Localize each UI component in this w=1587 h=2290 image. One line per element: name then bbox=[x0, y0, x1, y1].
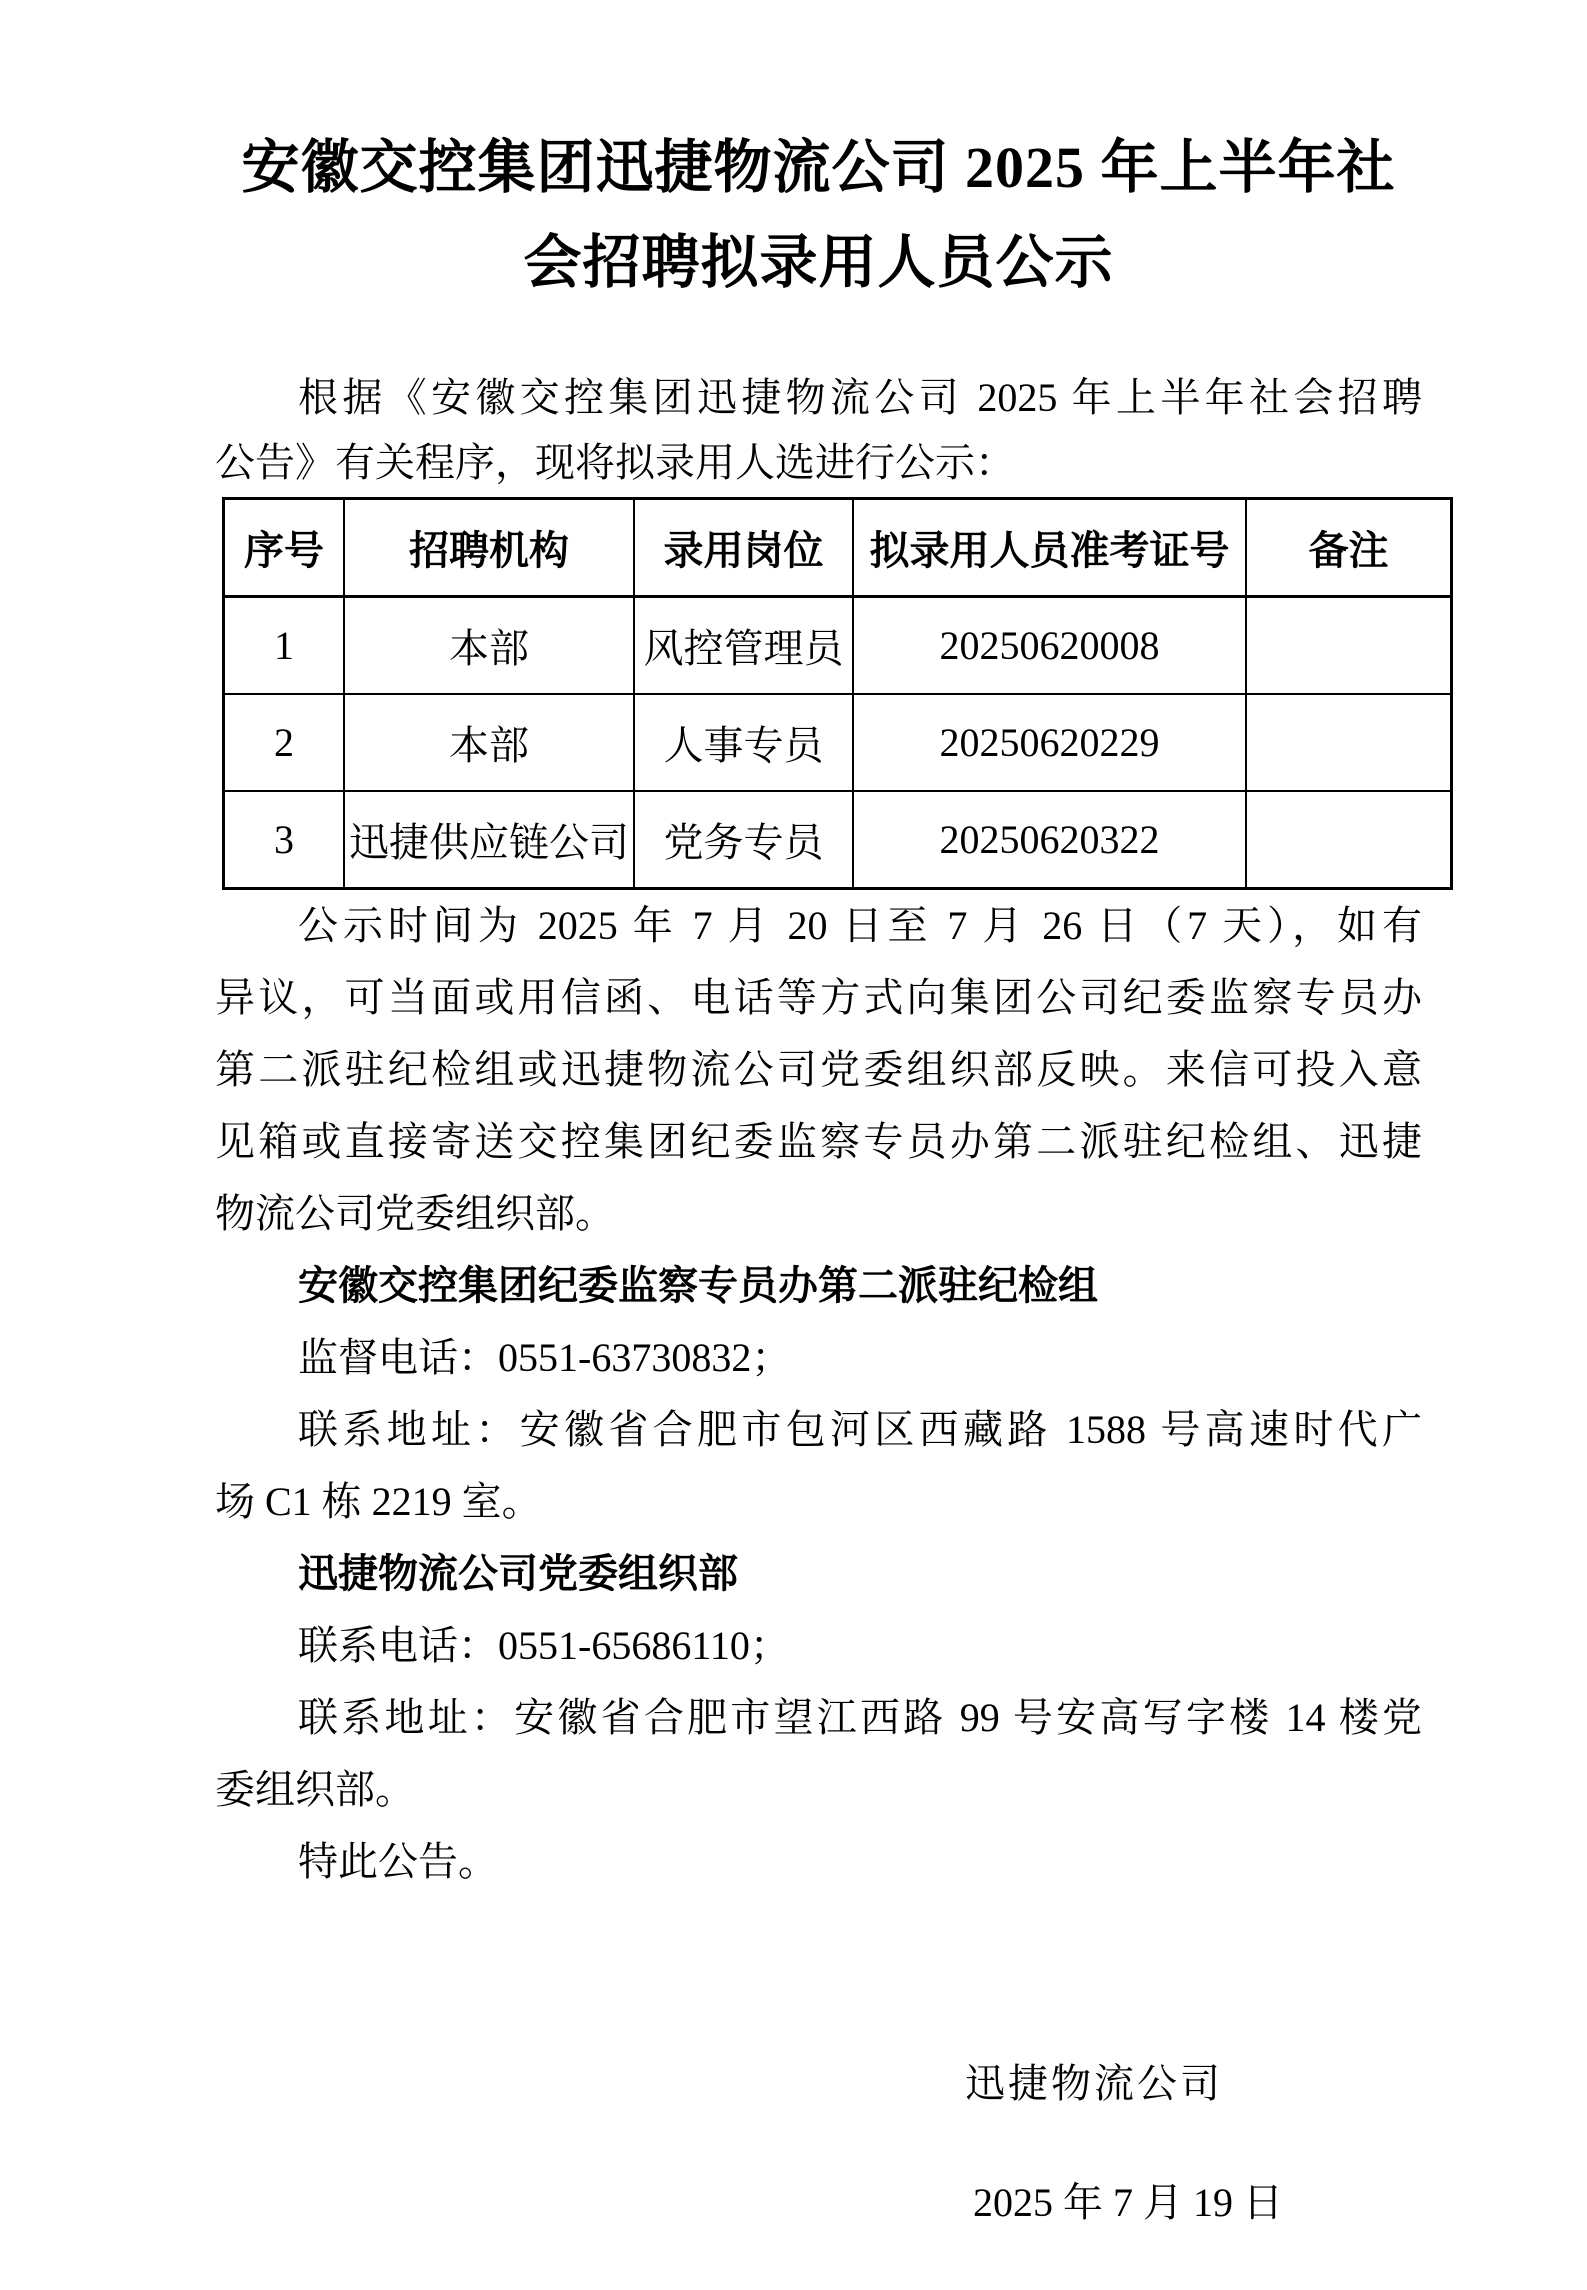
header-remarks: 备注 bbox=[1246, 499, 1452, 597]
signature-company: 迅捷物流公司 bbox=[215, 2048, 1422, 2120]
cell-position: 风控管理员 bbox=[634, 597, 853, 695]
notice-line-3: 第二派驻纪检组或迅捷物流公司党委组织部反映。来信可投入意 bbox=[215, 1034, 1422, 1106]
cell-recruiting-org: 本部 bbox=[344, 694, 634, 791]
intro-line-1: 根据《安徽交控集团迅捷物流公司 2025 年上半年社会招聘 bbox=[215, 365, 1422, 430]
cell-exam-ticket-number: 20250620008 bbox=[853, 597, 1246, 695]
contact2-heading: 迅捷物流公司党委组织部 bbox=[215, 1538, 1422, 1610]
header-exam-ticket-number: 拟录用人员准考证号 bbox=[853, 499, 1246, 597]
candidate-roster-table: 序号 招聘机构 录用岗位 拟录用人员准考证号 备注 1 本部 风控管理员 202… bbox=[222, 497, 1453, 890]
header-serial-number: 序号 bbox=[224, 499, 345, 597]
document-title: 安徽交控集团迅捷物流公司 2025 年上半年社 会招聘拟录用人员公示 bbox=[215, 120, 1422, 310]
intro-paragraph: 根据《安徽交控集团迅捷物流公司 2025 年上半年社会招聘 公告》有关程序，现将… bbox=[215, 365, 1422, 495]
cell-remarks bbox=[1246, 597, 1452, 695]
cell-position: 党务专员 bbox=[634, 791, 853, 889]
contact1-address-line-1: 联系地址：安徽省合肥市包河区西藏路 1588 号高速时代广 bbox=[215, 1394, 1422, 1466]
closing-statement: 特此公告。 bbox=[215, 1826, 1422, 1898]
table-row: 1 本部 风控管理员 20250620008 bbox=[224, 597, 1452, 695]
header-recruiting-org: 招聘机构 bbox=[344, 499, 634, 597]
signature-date: 2025 年 7 月 19 日 bbox=[215, 2167, 1422, 2239]
notice-line-2: 异议，可当面或用信函、电话等方式向集团公司纪委监察专员办 bbox=[215, 962, 1422, 1034]
table-row: 2 本部 人事专员 20250620229 bbox=[224, 694, 1452, 791]
cell-remarks bbox=[1246, 791, 1452, 889]
contact1-phone: 监督电话：0551-63730832； bbox=[215, 1322, 1422, 1394]
cell-serial-number: 2 bbox=[224, 694, 345, 791]
cell-serial-number: 3 bbox=[224, 791, 345, 889]
notice-paragraph: 公示时间为 2025 年 7 月 20 日至 7 月 26 日（7 天），如有 … bbox=[215, 890, 1422, 1250]
table-row: 3 迅捷供应链公司 党务专员 20250620322 bbox=[224, 791, 1452, 889]
notice-line-5: 物流公司党委组织部。 bbox=[215, 1178, 1422, 1250]
cell-exam-ticket-number: 20250620322 bbox=[853, 791, 1246, 889]
intro-line-2: 公告》有关程序，现将拟录用人选进行公示： bbox=[215, 430, 1422, 495]
cell-position: 人事专员 bbox=[634, 694, 853, 791]
contact2-address-line-2: 委组织部。 bbox=[215, 1754, 1422, 1826]
document-title-line-1: 安徽交控集团迅捷物流公司 2025 年上半年社 bbox=[215, 120, 1422, 215]
contact-party-committee-org-dept: 迅捷物流公司党委组织部 联系电话：0551-65686110； 联系地址：安徽省… bbox=[215, 1538, 1422, 1826]
contact2-phone: 联系电话：0551-65686110； bbox=[215, 1610, 1422, 1682]
cell-recruiting-org: 迅捷供应链公司 bbox=[344, 791, 634, 889]
announcement-document-page: 安徽交控集团迅捷物流公司 2025 年上半年社 会招聘拟录用人员公示 根据《安徽… bbox=[0, 0, 1587, 2290]
cell-exam-ticket-number: 20250620229 bbox=[853, 694, 1246, 791]
cell-remarks bbox=[1246, 694, 1452, 791]
table-header-row: 序号 招聘机构 录用岗位 拟录用人员准考证号 备注 bbox=[224, 499, 1452, 597]
notice-line-1: 公示时间为 2025 年 7 月 20 日至 7 月 26 日（7 天），如有 bbox=[215, 890, 1422, 962]
document-title-line-2: 会招聘拟录用人员公示 bbox=[215, 215, 1422, 310]
header-position: 录用岗位 bbox=[634, 499, 853, 597]
contact1-heading: 安徽交控集团纪委监察专员办第二派驻纪检组 bbox=[215, 1250, 1422, 1322]
contact2-address-line-1: 联系地址：安徽省合肥市望江西路 99 号安高写字楼 14 楼党 bbox=[215, 1682, 1422, 1754]
cell-serial-number: 1 bbox=[224, 597, 345, 695]
contact1-address-line-2: 场 C1 栋 2219 室。 bbox=[215, 1466, 1422, 1538]
contact-discipline-inspection-group: 安徽交控集团纪委监察专员办第二派驻纪检组 监督电话：0551-63730832；… bbox=[215, 1250, 1422, 1538]
notice-line-4: 见箱或直接寄送交控集团纪委监察专员办第二派驻纪检组、迅捷 bbox=[215, 1106, 1422, 1178]
cell-recruiting-org: 本部 bbox=[344, 597, 634, 695]
